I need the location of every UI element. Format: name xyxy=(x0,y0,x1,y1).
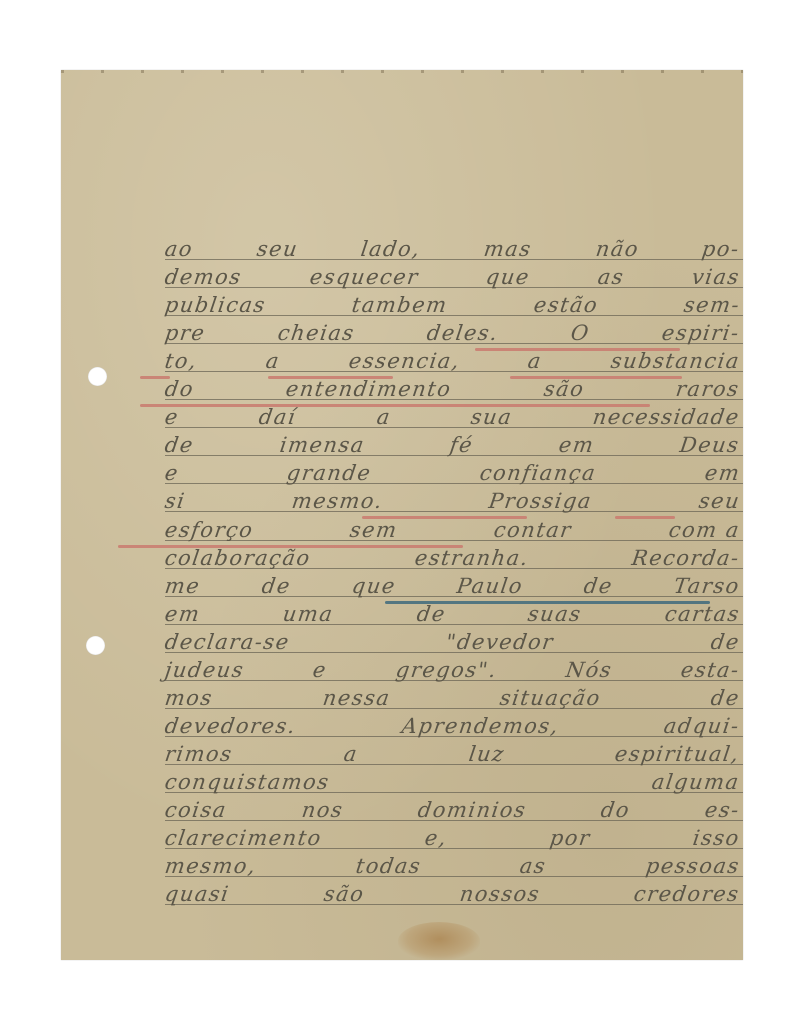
handwritten-word: todas xyxy=(354,854,423,878)
handwritten-word: a xyxy=(264,349,281,373)
handwritten-word: suas xyxy=(527,602,584,626)
handwritten-word: nossos xyxy=(458,882,542,906)
handwritten-word: esta- xyxy=(680,658,742,682)
handwritten-word: entendimento xyxy=(285,377,454,401)
handwritten-word: de xyxy=(163,433,195,457)
handwritten-word: vias xyxy=(690,265,741,289)
handwritten-word: fé xyxy=(449,433,476,457)
handwritten-word: tambem xyxy=(350,293,449,317)
handwritten-word: do xyxy=(600,798,632,822)
handwritten-word: sem- xyxy=(682,293,742,317)
handwritten-line: conquistamosalguma xyxy=(165,766,740,794)
handwritten-line: quasisãonossoscredores xyxy=(165,878,740,906)
handwritten-word: esquecer xyxy=(308,265,420,289)
handwritten-word: não xyxy=(594,237,641,261)
handwritten-word: sem xyxy=(349,518,400,542)
handwritten-line: rimosaluzespiritual, xyxy=(165,738,740,766)
handwritten-word: dominios xyxy=(416,798,528,822)
handwritten-word: colaboração xyxy=(163,546,312,570)
handwritten-word: a xyxy=(342,742,359,766)
handwritten-word: cartas xyxy=(663,602,741,626)
handwritten-line: devedores.Aprendemos,adqui- xyxy=(165,710,740,738)
handwritten-word: conquistamos xyxy=(163,770,331,794)
handwritten-word: mesmo. xyxy=(290,489,384,513)
handwritten-word: lado, xyxy=(360,237,423,261)
handwritten-word: em xyxy=(558,433,597,457)
handwritten-word: espiritual, xyxy=(614,742,742,766)
handwritten-word: quasi xyxy=(163,882,231,906)
handwritten-word: de xyxy=(415,602,447,626)
handwritten-word: nessa xyxy=(321,686,392,710)
handwritten-word: seu xyxy=(255,237,300,261)
handwritten-word: clarecimento xyxy=(163,826,323,850)
handwritten-word: deles. xyxy=(425,321,500,345)
handwritten-word: Tarso xyxy=(672,574,741,598)
handwritten-word: po- xyxy=(701,237,742,261)
handwritten-word: raros xyxy=(675,377,742,401)
punch-hole-top xyxy=(88,367,107,386)
handwritten-word: são xyxy=(542,377,586,401)
handwritten-word: Nós xyxy=(564,658,614,682)
handwritten-word: em xyxy=(703,461,742,485)
handwritten-word: são xyxy=(323,882,367,906)
handwritten-word: de xyxy=(709,686,741,710)
handwritten-word: declara-se xyxy=(163,630,291,654)
handwritten-word: confiança xyxy=(478,461,598,485)
blue-underline-mark xyxy=(385,601,710,604)
handwritten-word: alguma xyxy=(651,770,742,794)
red-underline-mark xyxy=(268,376,393,379)
handwritten-word: O xyxy=(569,321,591,345)
handwritten-word: nos xyxy=(300,798,345,822)
handwritten-word: a xyxy=(375,405,392,429)
red-underline-mark xyxy=(362,516,527,519)
manuscript-page: aoseulado,masnãopo-demosesquecerqueasvia… xyxy=(61,70,743,960)
handwritten-word: luz xyxy=(467,742,506,766)
red-underline-mark xyxy=(140,404,650,407)
handwritten-word: substancia xyxy=(609,349,741,373)
handwritten-word: situação xyxy=(499,686,603,710)
handwritten-word: Deus xyxy=(679,433,742,457)
handwritten-word: publicas xyxy=(163,293,267,317)
handwritten-word: rimos xyxy=(163,742,234,766)
handwritten-word: me xyxy=(163,574,202,598)
handwritten-word: Aprendemos, xyxy=(400,714,560,738)
handwritten-word: sua xyxy=(470,405,515,429)
handwritten-word: adqui- xyxy=(663,714,742,738)
handwritten-word: as xyxy=(519,854,549,878)
handwritten-word: imensa xyxy=(278,433,366,457)
handwritten-word: e xyxy=(163,461,180,485)
handwritten-word: e xyxy=(163,405,180,429)
red-underline-mark xyxy=(140,376,170,379)
handwritten-word: isso xyxy=(691,826,741,850)
handwritten-word: mos xyxy=(163,686,214,710)
handwritten-word: estranha. xyxy=(413,546,530,570)
handwritten-word: daí xyxy=(258,405,299,429)
handwritten-word: pre xyxy=(163,321,207,345)
handwritten-word: do xyxy=(163,377,195,401)
handwritten-word: gregos". xyxy=(394,658,498,682)
handwritten-word: a xyxy=(527,349,544,373)
handwritten-word: necessidade xyxy=(592,405,742,429)
handwritten-word: com a xyxy=(667,518,741,542)
handwritten-word: "devedor xyxy=(445,630,556,654)
handwritten-word: e xyxy=(311,658,328,682)
handwritten-word: contar xyxy=(493,518,574,542)
handwritten-line: publicastambemestãosem- xyxy=(165,289,740,317)
handwritten-word: judeus xyxy=(163,658,246,682)
handwritten-word: Prossiga xyxy=(488,489,594,513)
handwritten-word: essencia, xyxy=(347,349,461,373)
handwritten-line: simesmo.Prossigaseu xyxy=(165,485,740,513)
handwritten-line: aoseulado,masnãopo- xyxy=(165,233,740,261)
handwritten-word: pessoas xyxy=(644,854,741,878)
paper-stain xyxy=(398,922,480,960)
handwritten-word: seu xyxy=(697,489,742,513)
handwritten-line: deimensaféemDeus xyxy=(165,429,740,457)
handwritten-word: Recorda- xyxy=(631,546,742,570)
handwritten-word: de xyxy=(260,574,292,598)
red-underline-mark xyxy=(510,376,682,379)
handwritten-word: que xyxy=(485,265,532,289)
handwritten-word: devedores. xyxy=(163,714,298,738)
handwritten-line: precheiasdeles.Oespiri- xyxy=(165,317,740,345)
handwritten-word: em xyxy=(163,602,202,626)
handwritten-word: credores xyxy=(633,882,742,906)
handwritten-word: demos xyxy=(163,265,243,289)
red-underline-mark xyxy=(118,545,463,548)
handwritten-line: demosesquecerqueasvias xyxy=(165,261,740,289)
handwritten-line: clarecimentoe,porisso xyxy=(165,822,740,850)
handwritten-word: si xyxy=(163,489,187,513)
handwritten-line: declara-se"devedorde xyxy=(165,626,740,654)
handwritten-word: ao xyxy=(163,237,195,261)
handwritten-word: cheias xyxy=(276,321,356,345)
page-top-edge xyxy=(61,70,743,73)
handwritten-line: mesmo,todasaspessoas xyxy=(165,850,740,878)
handwritten-line: mosnessasituaçãode xyxy=(165,682,740,710)
handwritten-word: es- xyxy=(703,798,741,822)
handwritten-word: de xyxy=(709,630,741,654)
handwritten-word: e, xyxy=(423,826,448,850)
handwritten-word: uma xyxy=(282,602,336,626)
handwritten-word: mas xyxy=(483,237,534,261)
red-underline-mark xyxy=(615,516,675,519)
handwritten-word: grande xyxy=(286,461,374,485)
punch-hole-bottom xyxy=(86,636,105,655)
handwritten-line: coisanosdominiosdoes- xyxy=(165,794,740,822)
handwritten-word: as xyxy=(596,265,626,289)
handwritten-word: espiri- xyxy=(661,321,742,345)
handwritten-line: egrandeconfiançaem xyxy=(165,457,740,485)
handwritten-word: mesmo, xyxy=(163,854,258,878)
handwritten-word: de xyxy=(582,574,614,598)
handwritten-word: que xyxy=(350,574,397,598)
handwritten-line: medequePaulodeTarso xyxy=(165,570,740,598)
red-underline-mark xyxy=(475,348,680,351)
handwritten-word: Paulo xyxy=(455,574,524,598)
handwritten-word: to, xyxy=(163,349,199,373)
handwritten-word: por xyxy=(548,826,592,850)
handwritten-word: esforço xyxy=(163,518,255,542)
handwritten-word: estão xyxy=(532,293,600,317)
handwritten-line: judeusegregos".Nósesta- xyxy=(165,654,740,682)
handwritten-word: coisa xyxy=(163,798,228,822)
